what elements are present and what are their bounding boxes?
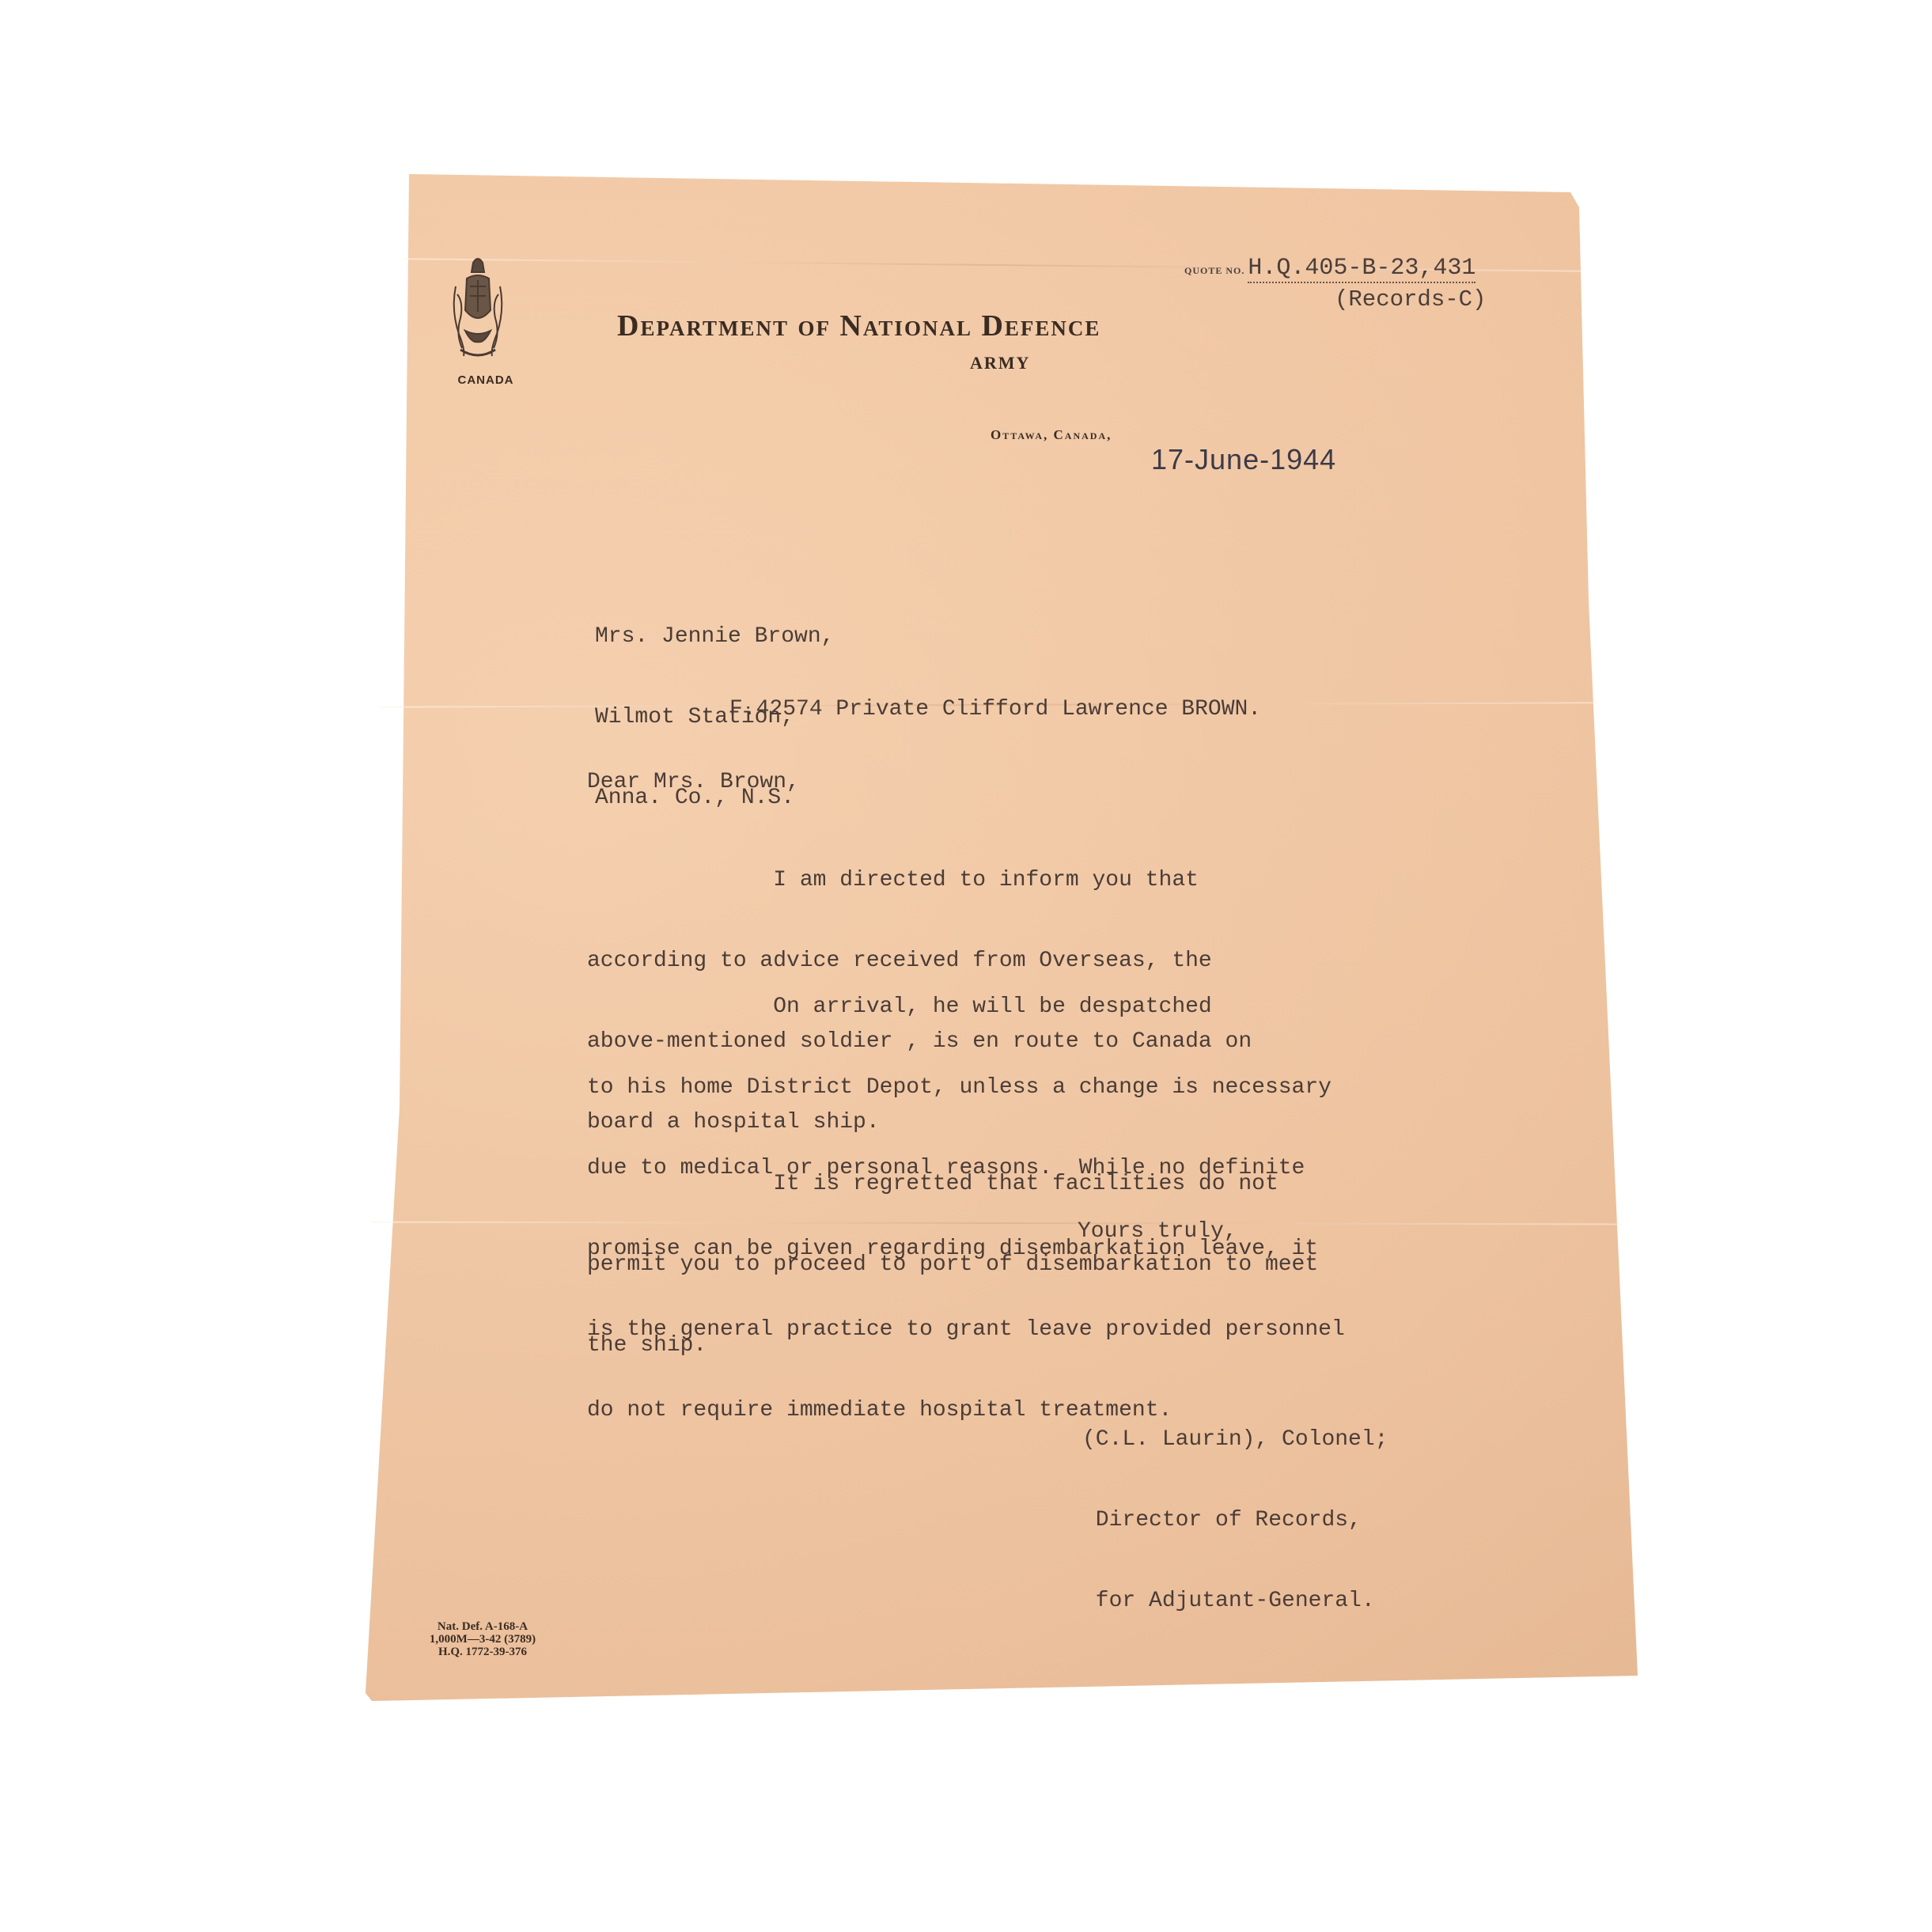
emblem-label: CANADA: [449, 373, 522, 387]
quote-reference: QUOTE NO.H.Q.405-B-23,431 (Records-C): [1184, 255, 1476, 282]
form-number-line: H.Q. 1772-39-376: [419, 1646, 546, 1658]
canada-coat-of-arms-icon: [449, 255, 506, 366]
subject-line: F.42574 Private Clifford Lawrence BROWN.: [729, 696, 1261, 723]
body-line: On arrival, he will be despatched: [587, 994, 1345, 1021]
department-subtitle: ARMY: [970, 353, 1030, 373]
quote-label: QUOTE NO.: [1184, 265, 1244, 276]
signature-block: (C.L. Laurin), Colonel; Director of Reco…: [1082, 1373, 1388, 1642]
quote-department: (Records-C): [1335, 286, 1486, 313]
body-paragraph: It is regretted that facilities do not p…: [587, 1117, 1318, 1386]
recipient-line: Mrs. Jennie Brown,: [595, 623, 834, 650]
letter-date: 17-June-1944: [1151, 443, 1336, 476]
letterhead: Department of National Defence ARMY: [617, 309, 1329, 343]
dateline-place: Ottawa, Canada,: [991, 427, 1112, 443]
quote-number: H.Q.405-B-23,431: [1248, 255, 1476, 283]
body-line: It is regretted that facilities do not: [587, 1171, 1318, 1198]
signature-line: Director of Records,: [1082, 1507, 1388, 1534]
body-line: the ship.: [587, 1332, 1318, 1359]
department-title: Department of National Defence: [617, 309, 1329, 343]
signature-line: (C.L. Laurin), Colonel;: [1082, 1426, 1388, 1453]
closing: Yours truly,: [1078, 1218, 1237, 1245]
form-number-line: 1,000M—3-42 (3789): [419, 1633, 546, 1646]
body-line: to his home District Depot, unless a cha…: [587, 1074, 1345, 1101]
form-number-line: Nat. Def. A-168-A: [419, 1620, 546, 1633]
form-number: Nat. Def. A-168-A 1,000M—3-42 (3789) H.Q…: [419, 1620, 546, 1658]
signature-line: for Adjutant-General.: [1082, 1588, 1388, 1615]
body-line: I am directed to inform you that: [587, 867, 1252, 894]
body-line: permit you to proceed to port of disemba…: [587, 1252, 1318, 1279]
salutation: Dear Mrs. Brown,: [587, 769, 800, 796]
